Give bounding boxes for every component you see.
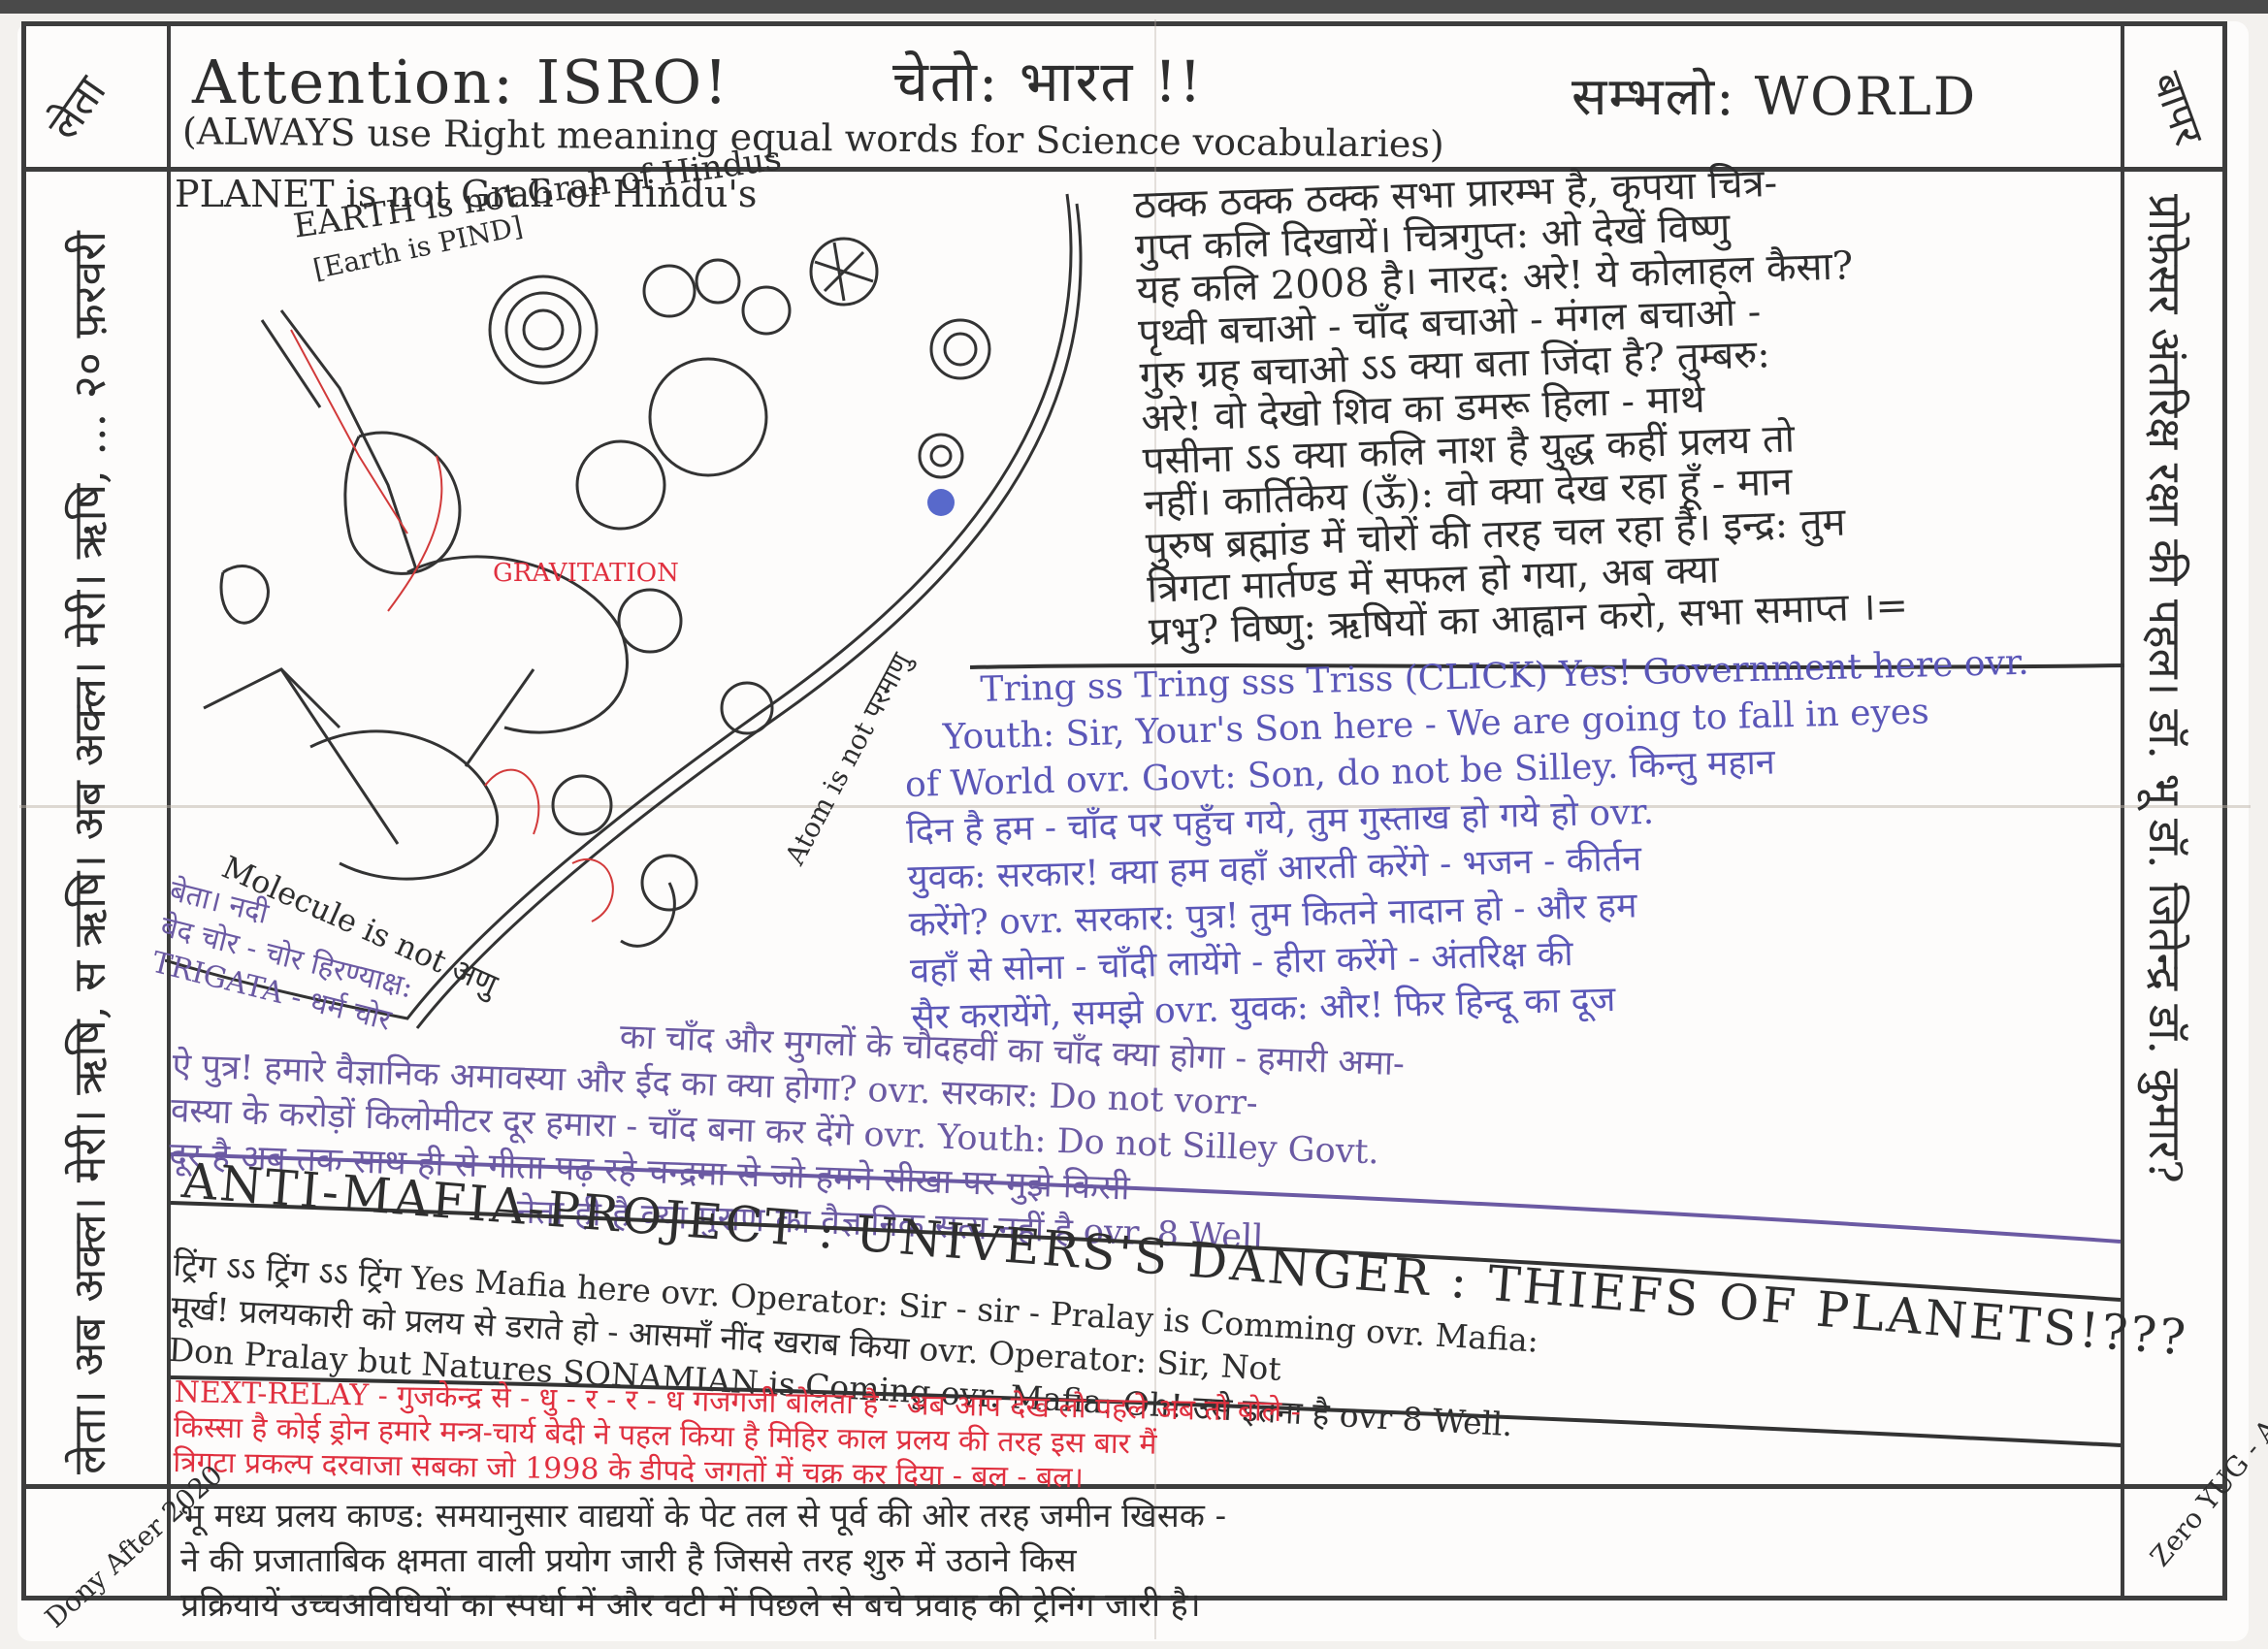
right-margin-text: प्रोफ़ेसर अंतरिक्ष रक्षा की पहल। डॉ. भू … bbox=[2136, 194, 2196, 1183]
blue-ink-dialogue: Tring ss Tring sss Triss (CLICK) Yes! Go… bbox=[902, 640, 2038, 1042]
sketch-label-gravitation: GRAVITATION bbox=[493, 559, 679, 588]
bottom-band-text: भू मध्य प्रलय काण्ड: समयानुसार वाद्ययों … bbox=[180, 1494, 1226, 1628]
black-ink-dialogue: ठक्क ठक्क ठक्क सभा प्रारम्भ है, कृपया चि… bbox=[1133, 158, 1909, 654]
red-ink-next-relay: NEXT-RELAY - गुजकेन्द्र से - धु - र - र … bbox=[173, 1375, 1301, 1500]
title-attention-isro: Attention: ISRO! bbox=[192, 47, 729, 117]
bottom-line: भू मध्य प्रलय काण्ड: समयानुसार वाद्ययों … bbox=[180, 1494, 1226, 1538]
scan-top-edge bbox=[0, 0, 2268, 14]
right-margin-divider bbox=[2121, 21, 2124, 1600]
blue-planet-dot bbox=[927, 489, 955, 516]
title-world: सम्भलो: WORLD bbox=[1571, 58, 1977, 130]
bottom-line: ने की प्रजाताबिक क्षमता वाली प्रयोग जारी… bbox=[180, 1538, 1226, 1583]
bottom-line: प्रक्रियायें उच्चअविधियों का स्पर्धा में… bbox=[180, 1583, 1226, 1628]
left-margin-text: लेता। अब अक्ल। मेरी। ऋषि, स ऋषि। अब अक्ल… bbox=[58, 231, 118, 1474]
title-hindi-bharat: चेतो: भारत !! bbox=[892, 41, 1204, 117]
